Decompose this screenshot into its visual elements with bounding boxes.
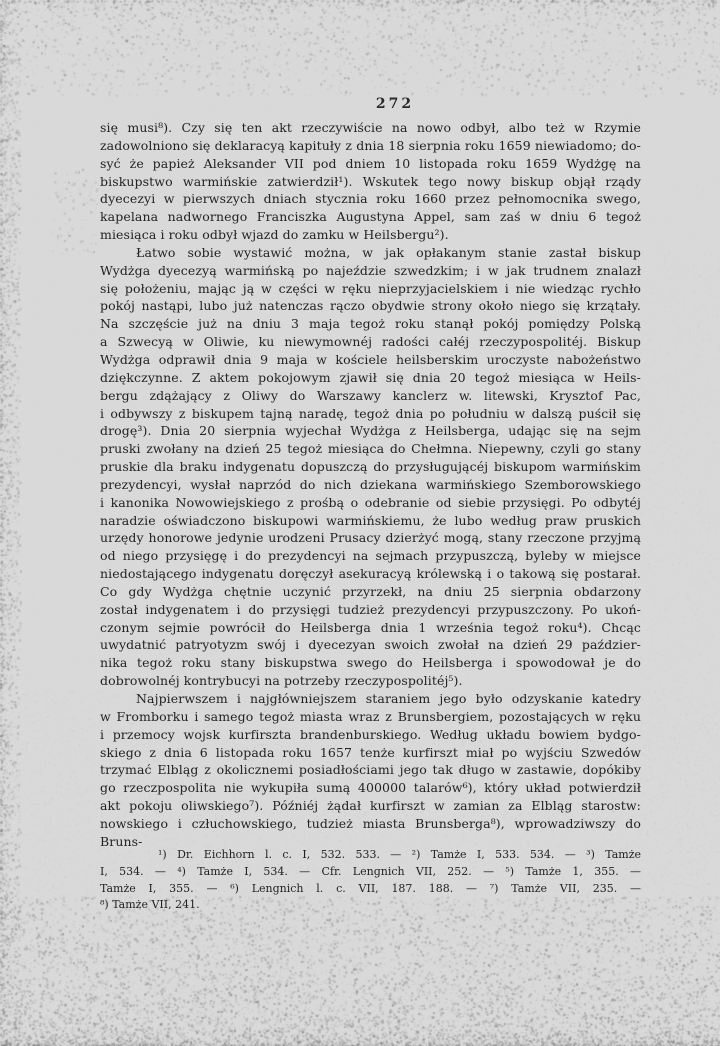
text-line: urzędy honorowe jedynie urodzeni Prusacy… — [100, 529, 641, 547]
text-line: akt pokoju oliwskiego⁷). Późniéj żądał k… — [100, 797, 641, 815]
footnote-line: ¹) Dr. Eichhorn l. c. I, 532. 533. — ²) … — [100, 847, 641, 864]
text-line: prezydencyi, wysłał naprzód do nich dzie… — [100, 476, 641, 494]
text-line: pokój nastąpi, lubo już natenczas rączo … — [100, 297, 641, 315]
text-line: pruski zwołany na dzień 25 tegoż miesiąc… — [100, 440, 641, 458]
text-line: syć że papież Aleksander VII pod dniem 1… — [100, 155, 641, 173]
text-line: uwydatnić patryotyzm swój i dyecezyan sw… — [100, 636, 641, 654]
text-line: się musi⁸). Czy się ten akt rzeczywiście… — [100, 119, 641, 137]
body-text: się musi⁸). Czy się ten akt rzeczywiście… — [100, 119, 641, 833]
paragraph: Łatwo sobie wystawić można, w jak opłaka… — [100, 244, 641, 690]
text-line: dobrowolnéj kontrybucyi na potrzeby rzec… — [100, 672, 641, 690]
text-line: go rzeczpospolita nie wykupiła sumą 4000… — [100, 779, 641, 797]
scanned-page: 272 się musi⁸). Czy się ten akt rzeczywi… — [0, 0, 720, 1046]
text-line: dyecezyi w pierwszych dniach stycznia ro… — [100, 190, 641, 208]
page-number: 272 — [100, 96, 690, 112]
text-line: w Fromborku i samego tegoż miasta wraz z… — [100, 708, 641, 726]
text-line: Co gdy Wydżga chętnie uczynić przyrzekł,… — [100, 583, 641, 601]
text-line: dziękczynne. Z aktem pokojowym zjawił si… — [100, 369, 641, 387]
text-line: trzymać Elbląg z okolicznemi posiadłości… — [100, 761, 641, 779]
text-line: a Szwecyą w Oliwie, ku niewymownéj radoś… — [100, 333, 641, 351]
text-line: skiego z dnia 6 listopada roku 1657 tenż… — [100, 744, 641, 762]
text-line: czonym sejmie powrócił do Heilsberga dni… — [100, 619, 641, 637]
text-line: naradzie oświadczono biskupowi warmiński… — [100, 512, 641, 530]
footnotes: ¹) Dr. Eichhorn l. c. I, 532. 533. — ²) … — [100, 847, 641, 914]
text-line: zadowolniono się deklaracyą kapituły z d… — [100, 137, 641, 155]
text-line: i kanonika Nowowiejskiego z prośbą o ode… — [100, 494, 641, 512]
text-line: kapelana nadwornego Franciszka Augustyna… — [100, 208, 641, 226]
paragraph: Najpierwszem i najgłówniejszem staraniem… — [100, 690, 641, 833]
text-line: od niego przysięgę i do prezydencyi na s… — [100, 547, 641, 565]
text-line: Na szczęście już na dniu 3 maja tegoż ro… — [100, 315, 641, 333]
text-line: się położeniu, mając ją w części w ręku … — [100, 280, 641, 298]
text-line: nika tegoż roku stany biskupstwa swego d… — [100, 654, 641, 672]
footnote-line: ⁸) Tamże VII, 241. — [100, 897, 641, 914]
paragraph: się musi⁸). Czy się ten akt rzeczywiście… — [100, 119, 641, 244]
text-line: i przemocy wojsk kurfirszta brandenbursk… — [100, 726, 641, 744]
text-line: Wydżga odprawił dnia 9 maja w kościele h… — [100, 351, 641, 369]
text-line: nowskiego i człuchowskiego, tudzież mias… — [100, 815, 641, 833]
text-line: niedostającego indygenatu doręczył aseku… — [100, 565, 641, 583]
footnote-line: I, 534. — ⁴) Tamże I, 534. — Cfr. Lengni… — [100, 864, 641, 881]
text-line: i odbywszy z biskupem tajną naradę, tego… — [100, 405, 641, 423]
text-line: bergu zdążający z Oliwy do Warszawy kanc… — [100, 387, 641, 405]
text-line: miesiąca i roku odbył wjazd do zamku w H… — [100, 226, 641, 244]
text-line: drogę³). Dnia 20 sierpnia wyjechał Wydżg… — [100, 422, 641, 440]
text-line: pruskie dla braku indygenatu dopuszczą d… — [100, 458, 641, 476]
text-line: Łatwo sobie wystawić można, w jak opłaka… — [100, 244, 641, 262]
text-line: Wydżga dyecezyą warmińską po najeździe s… — [100, 262, 641, 280]
text-line: biskupstwo warmińskie zatwierdził¹). Wsk… — [100, 173, 641, 191]
text-line: Najpierwszem i najgłówniejszem staraniem… — [100, 690, 641, 708]
footnote-line: Tamże I, 355. — ⁶) Lengnich l. c. VII, 1… — [100, 881, 641, 898]
text-line: został indygenatem i do przysięgi tudzie… — [100, 601, 641, 619]
